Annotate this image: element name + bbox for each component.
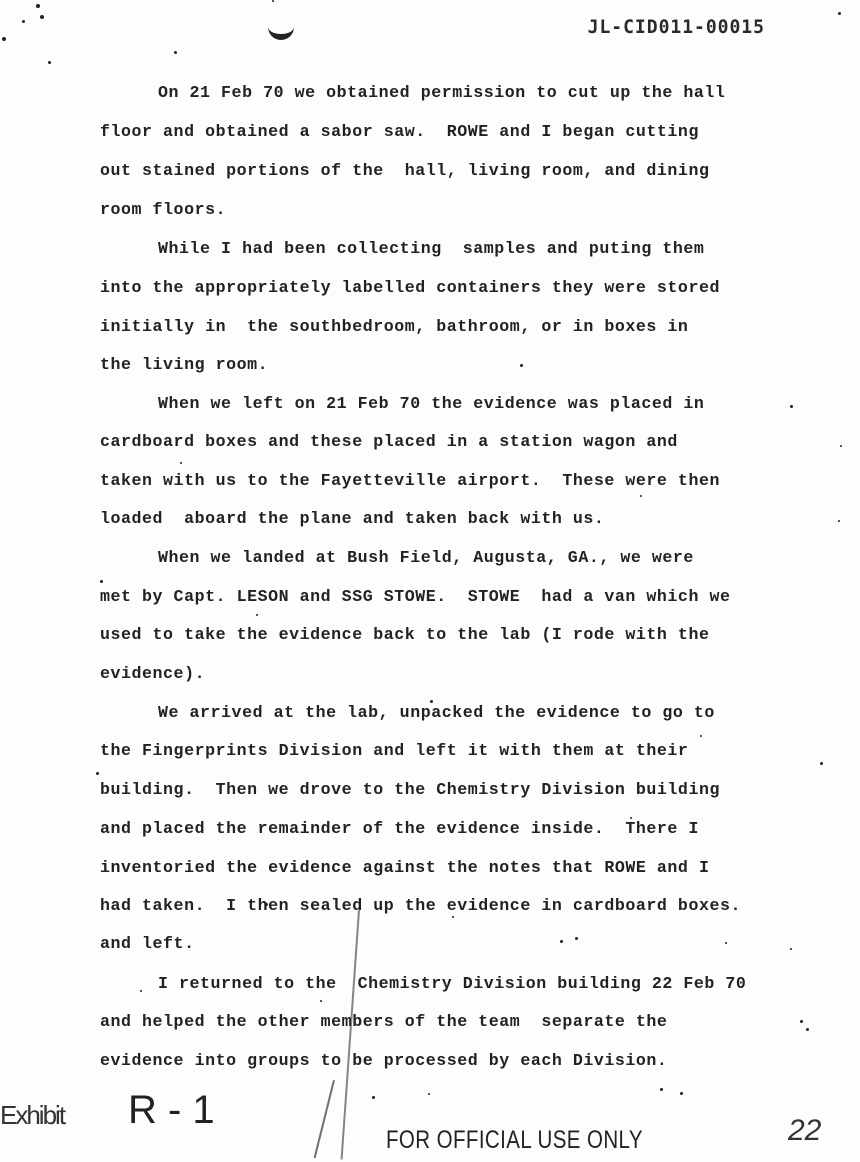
scan-speck [630, 817, 632, 819]
scan-speck [320, 1000, 322, 1002]
scan-speck [452, 916, 454, 918]
scan-speck [700, 789, 702, 791]
scan-speck [560, 940, 563, 943]
punch-hole-mark [268, 22, 294, 40]
text-line: and placed the remainder of the evidence… [100, 819, 699, 839]
text-line: I returned to the Chemistry Division bui… [158, 974, 746, 994]
document-number: JL-CID011-00015 [588, 16, 765, 38]
scan-speck [100, 580, 103, 583]
classification-footer: FOR OFFICIAL USE ONLY [386, 1126, 643, 1155]
exhibit-number-stamp: R - 1 [128, 1088, 215, 1133]
pen-stroke [314, 1080, 335, 1158]
scan-speck [428, 1093, 430, 1095]
text-line: inventoried the evidence against the not… [100, 858, 709, 878]
text-line: When we landed at Bush Field, Augusta, G… [158, 548, 694, 568]
scan-speck [838, 12, 841, 15]
text-line: evidence). [100, 664, 205, 684]
scan-speck [680, 1092, 683, 1095]
scan-speck [806, 1028, 809, 1031]
page-number: 22 [788, 1114, 821, 1148]
scan-speck [36, 4, 40, 8]
scan-speck [96, 772, 99, 775]
scan-speck [256, 614, 258, 616]
text-line: loaded aboard the plane and taken back w… [100, 509, 604, 529]
text-line: used to take the evidence back to the la… [100, 625, 709, 645]
scan-speck [174, 51, 177, 54]
text-line: When we left on 21 Feb 70 the evidence w… [158, 394, 704, 414]
scan-speck [2, 37, 6, 41]
scan-speck [660, 1088, 663, 1091]
scan-speck [22, 20, 25, 23]
text-line: the living room. [100, 355, 268, 375]
scan-speck [790, 948, 792, 950]
scan-speck [640, 495, 642, 497]
pen-stroke [341, 910, 360, 1160]
exhibit-stamp: Exhibit [0, 1100, 64, 1131]
scan-speck [790, 405, 793, 408]
scan-speck [520, 364, 523, 367]
text-line: floor and obtained a sabor saw. ROWE and… [100, 122, 699, 142]
scan-speck [700, 735, 702, 737]
text-line: room floors. [100, 200, 226, 220]
scan-speck [575, 937, 578, 940]
text-line: On 21 Feb 70 we obtained permission to c… [158, 83, 725, 103]
scan-speck [840, 445, 842, 447]
document-page: JL-CID011-00015 On 21 Feb 70 we obtained… [0, 0, 860, 1162]
scan-speck [48, 61, 51, 64]
text-line: and helped the other members of the team… [100, 1012, 667, 1032]
text-line: out stained portions of the hall, living… [100, 161, 709, 181]
scan-speck [838, 520, 840, 522]
text-line: building. Then we drove to the Chemistry… [100, 780, 720, 800]
text-line: cardboard boxes and these placed in a st… [100, 432, 678, 452]
scan-speck [800, 1020, 803, 1023]
scan-speck [820, 762, 823, 765]
text-line: had taken. I then sealed up the evidence… [100, 896, 741, 916]
scan-speck [372, 1096, 375, 1099]
text-line: met by Capt. LESON and SSG STOWE. STOWE … [100, 587, 730, 607]
text-line: evidence into groups to be processed by … [100, 1051, 667, 1071]
text-line: initially in the southbedroom, bathroom,… [100, 317, 688, 337]
scan-speck [725, 942, 727, 944]
scan-speck [430, 700, 433, 703]
text-line: taken with us to the Fayetteville airpor… [100, 471, 720, 491]
text-line: the Fingerprints Division and left it wi… [100, 741, 688, 761]
text-line: We arrived at the lab, unpacked the evid… [158, 703, 715, 723]
scan-speck [265, 903, 268, 906]
text-line: While I had been collecting samples and … [158, 239, 704, 259]
text-line: into the appropriately labelled containe… [100, 278, 720, 298]
scan-speck [140, 990, 142, 992]
scan-speck [180, 462, 182, 464]
text-line: and left. [100, 934, 195, 954]
scan-speck [272, 0, 274, 2]
scan-speck [40, 15, 44, 19]
